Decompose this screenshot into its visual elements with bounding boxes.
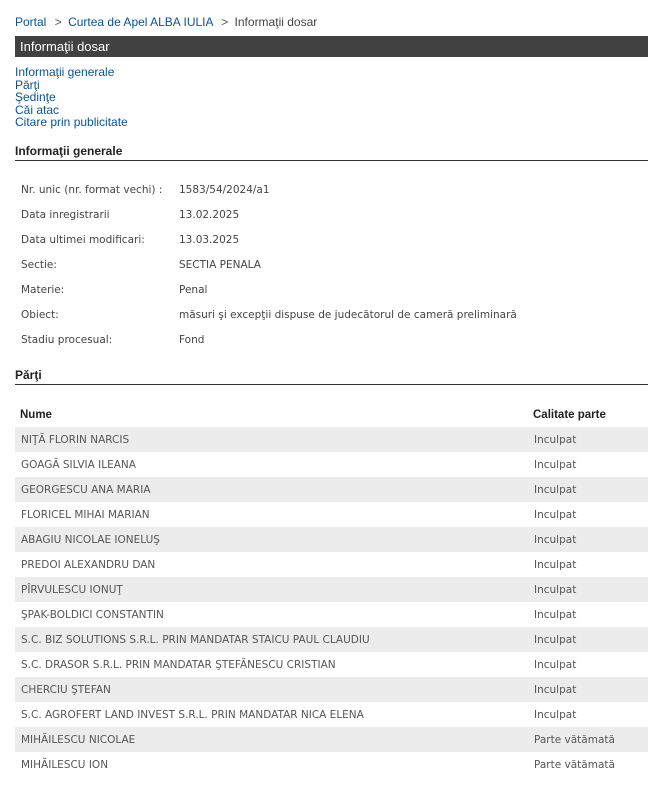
party-name: GEORGESCU ANA MARIA bbox=[15, 477, 528, 502]
party-name: NIŢĂ FLORIN NARCIS bbox=[15, 427, 528, 452]
table-row: GEORGESCU ANA MARIAInculpat bbox=[15, 477, 648, 502]
party-role: Parte vătămată bbox=[528, 752, 648, 777]
table-row: FLORICEL MIHAI MARIANInculpat bbox=[15, 502, 648, 527]
info-label: Sectie: bbox=[15, 252, 173, 277]
nav-sedinte[interactable]: Şedinţe bbox=[15, 91, 128, 104]
table-row: PÎRVULESCU IONUŢInculpat bbox=[15, 577, 648, 602]
breadcrumb-current: Informaţii dosar bbox=[235, 15, 318, 29]
party-role: Inculpat bbox=[528, 477, 648, 502]
column-header-name: Nume bbox=[15, 402, 528, 427]
section-heading-general: Informaţii generale bbox=[15, 144, 648, 161]
info-row: Obiect:măsuri şi excepţii dispuse de jud… bbox=[15, 302, 517, 327]
party-role: Inculpat bbox=[528, 427, 648, 452]
info-value: măsuri şi excepţii dispuse de judecătoru… bbox=[173, 302, 517, 327]
table-row: ŞPAK-BOLDICI CONSTANTINInculpat bbox=[15, 602, 648, 627]
party-role: Inculpat bbox=[528, 552, 648, 577]
table-row: S.C. BIZ SOLUTIONS S.R.L. PRIN MANDATAR … bbox=[15, 627, 648, 652]
info-value: 1583/54/2024/a1 bbox=[173, 177, 517, 202]
info-row: Data ultimei modificari:13.03.2025 bbox=[15, 227, 517, 252]
table-row: ABAGIU NICOLAE IONELUŞInculpat bbox=[15, 527, 648, 552]
party-name: PÎRVULESCU IONUŢ bbox=[15, 577, 528, 602]
info-value: 13.02.2025 bbox=[173, 202, 517, 227]
info-value: SECTIA PENALA bbox=[173, 252, 517, 277]
party-role: Inculpat bbox=[528, 577, 648, 602]
party-role: Inculpat bbox=[528, 452, 648, 477]
party-role: Inculpat bbox=[528, 652, 648, 677]
party-name: PREDOI ALEXANDRU DAN bbox=[15, 552, 528, 577]
section-heading-parts: Părţi bbox=[15, 368, 648, 385]
info-label: Obiect: bbox=[15, 302, 173, 327]
party-name: S.C. BIZ SOLUTIONS S.R.L. PRIN MANDATAR … bbox=[15, 627, 528, 652]
party-name: MIHĂILESCU ION bbox=[15, 752, 528, 777]
info-label: Data inregistrarii bbox=[15, 202, 173, 227]
party-role: Parte vătămată bbox=[528, 727, 648, 752]
breadcrumb-court[interactable]: Curtea de Apel ALBA IULIA bbox=[68, 15, 213, 29]
page-title: Informaţii dosar bbox=[15, 36, 648, 57]
table-row: GOAGĂ SILVIA ILEANAInculpat bbox=[15, 452, 648, 477]
party-name: FLORICEL MIHAI MARIAN bbox=[15, 502, 528, 527]
breadcrumb: Portal > Curtea de Apel ALBA IULIA > Inf… bbox=[15, 15, 317, 29]
info-label: Stadiu procesual: bbox=[15, 327, 173, 352]
table-row: MIHĂILESCU NICOLAEParte vătămată bbox=[15, 727, 648, 752]
info-value: Penal bbox=[173, 277, 517, 302]
info-value: 13.03.2025 bbox=[173, 227, 517, 252]
table-header-row: Nume Calitate parte bbox=[15, 402, 648, 427]
party-name: ŞPAK-BOLDICI CONSTANTIN bbox=[15, 602, 528, 627]
info-label: Materie: bbox=[15, 277, 173, 302]
party-name: S.C. AGROFERT LAND INVEST S.R.L. PRIN MA… bbox=[15, 702, 528, 727]
nav-citare-prin-publicitate[interactable]: Citare prin publicitate bbox=[15, 116, 128, 129]
party-role: Inculpat bbox=[528, 602, 648, 627]
info-row: Sectie:SECTIA PENALA bbox=[15, 252, 517, 277]
party-role: Inculpat bbox=[528, 677, 648, 702]
party-name: ABAGIU NICOLAE IONELUŞ bbox=[15, 527, 528, 552]
party-name: MIHĂILESCU NICOLAE bbox=[15, 727, 528, 752]
info-label: Data ultimei modificari: bbox=[15, 227, 173, 252]
breadcrumb-separator: > bbox=[221, 15, 228, 29]
nav-informatii-generale[interactable]: Informaţii generale bbox=[15, 66, 128, 79]
info-row: Data inregistrarii13.02.2025 bbox=[15, 202, 517, 227]
table-row: NIŢĂ FLORIN NARCISInculpat bbox=[15, 427, 648, 452]
info-row: Nr. unic (nr. format vechi) :1583/54/202… bbox=[15, 177, 517, 202]
party-name: S.C. DRASOR S.R.L. PRIN MANDATAR ŞTEFĂNE… bbox=[15, 652, 528, 677]
breadcrumb-portal[interactable]: Portal bbox=[15, 15, 46, 29]
table-row: MIHĂILESCU IONParte vătămată bbox=[15, 752, 648, 777]
table-row: CHERCIU ŞTEFANInculpat bbox=[15, 677, 648, 702]
table-row: PREDOI ALEXANDRU DANInculpat bbox=[15, 552, 648, 577]
party-name: GOAGĂ SILVIA ILEANA bbox=[15, 452, 528, 477]
party-role: Inculpat bbox=[528, 527, 648, 552]
info-row: Stadiu procesual:Fond bbox=[15, 327, 517, 352]
section-nav: Informaţii generale Părţi Şedinţe Căi at… bbox=[15, 66, 128, 129]
column-header-role: Calitate parte bbox=[528, 402, 648, 427]
breadcrumb-separator: > bbox=[55, 15, 62, 29]
info-label: Nr. unic (nr. format vechi) : bbox=[15, 177, 173, 202]
table-row: S.C. AGROFERT LAND INVEST S.R.L. PRIN MA… bbox=[15, 702, 648, 727]
info-value: Fond bbox=[173, 327, 517, 352]
general-info-table: Nr. unic (nr. format vechi) :1583/54/202… bbox=[15, 177, 517, 352]
table-row: S.C. DRASOR S.R.L. PRIN MANDATAR ŞTEFĂNE… bbox=[15, 652, 648, 677]
party-role: Inculpat bbox=[528, 627, 648, 652]
party-role: Inculpat bbox=[528, 502, 648, 527]
parts-table: Nume Calitate parte NIŢĂ FLORIN NARCISIn… bbox=[15, 402, 648, 777]
party-role: Inculpat bbox=[528, 702, 648, 727]
party-name: CHERCIU ŞTEFAN bbox=[15, 677, 528, 702]
info-row: Materie:Penal bbox=[15, 277, 517, 302]
